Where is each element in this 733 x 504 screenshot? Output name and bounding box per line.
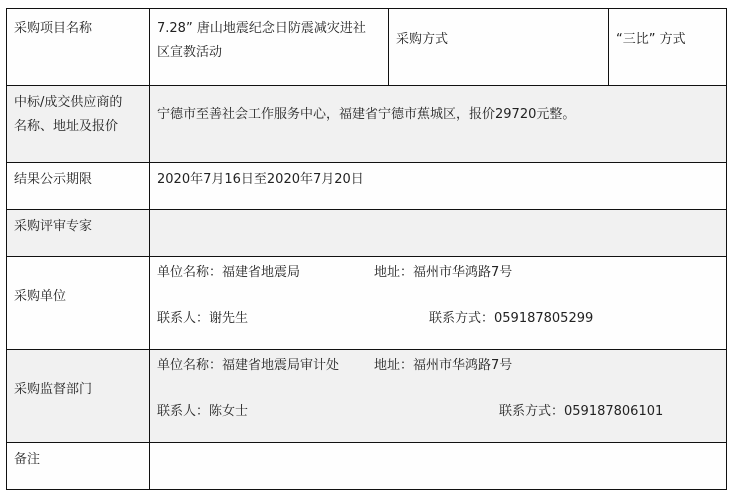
row-project: 采购项目名称 7.28” 唐山地震纪念日防震减灾进社 区宣教活动 采购方式 “三… [7,9,727,86]
value-procurement-method: “三比” 方式 [609,9,727,86]
supervisor-address: 地址：福州市华鸿路7号 [374,358,512,373]
label-winner: 中标/成交供应商的 名称、地址及报价 [7,86,150,163]
label-supervisor: 采购监督部门 [7,350,150,443]
row-experts: 采购评审专家 [7,210,727,257]
label-experts: 采购评审专家 [7,210,150,257]
supervisor-contact: 联系人：陈女士 [157,400,499,424]
value-purchaser: 单位名称：福建省地震局地址：福州市华鸿路7号 联系人：谢先生联系方式：05918… [150,257,727,350]
value-remarks [150,443,727,490]
supervisor-unit-name: 单位名称：福建省地震局审计处 [157,354,374,378]
label-purchaser: 采购单位 [7,257,150,350]
row-remarks: 备注 [7,443,727,490]
project-name-line2: 区宣教活动 [157,41,381,65]
winner-label-line2: 名称、地址及报价 [14,115,142,139]
winner-label-line1: 中标/成交供应商的 [14,91,142,115]
purchaser-unit-name: 单位名称：福建省地震局 [157,261,374,285]
row-winner: 中标/成交供应商的 名称、地址及报价 宁德市至善社会工作服务中心，福建省宁德市蕉… [7,86,727,163]
purchaser-line1: 单位名称：福建省地震局地址：福州市华鸿路7号 [157,261,719,285]
label-period: 结果公示期限 [7,163,150,210]
purchaser-contact: 联系人：谢先生 [157,307,429,331]
value-project-name: 7.28” 唐山地震纪念日防震减灾进社 区宣教活动 [150,9,389,86]
row-purchaser: 采购单位 单位名称：福建省地震局地址：福州市华鸿路7号 联系人：谢先生联系方式：… [7,257,727,350]
supervisor-phone: 联系方式：059187806101 [499,404,663,419]
label-remarks: 备注 [7,443,150,490]
label-project-name: 采购项目名称 [7,9,150,86]
purchaser-phone: 联系方式：059187805299 [429,311,593,326]
value-winner: 宁德市至善社会工作服务中心，福建省宁德市蕉城区，报价29720元整。 [150,86,727,163]
value-period: 2020年7月16日至2020年7月20日 [150,163,727,210]
value-supervisor: 单位名称：福建省地震局审计处地址：福州市华鸿路7号 联系人：陈女士联系方式：05… [150,350,727,443]
row-period: 结果公示期限 2020年7月16日至2020年7月20日 [7,163,727,210]
supervisor-line2: 联系人：陈女士联系方式：059187806101 [157,400,719,424]
project-name-line1: 7.28” 唐山地震纪念日防震减灾进社 [157,17,381,41]
purchaser-line2: 联系人：谢先生联系方式：059187805299 [157,307,719,331]
purchaser-address: 地址：福州市华鸿路7号 [374,265,512,280]
supervisor-line1: 单位名称：福建省地震局审计处地址：福州市华鸿路7号 [157,354,719,378]
row-supervisor: 采购监督部门 单位名称：福建省地震局审计处地址：福州市华鸿路7号 联系人：陈女士… [7,350,727,443]
label-procurement-method: 采购方式 [389,9,609,86]
procurement-result-table: 采购项目名称 7.28” 唐山地震纪念日防震减灾进社 区宣教活动 采购方式 “三… [6,8,727,490]
value-experts [150,210,727,257]
